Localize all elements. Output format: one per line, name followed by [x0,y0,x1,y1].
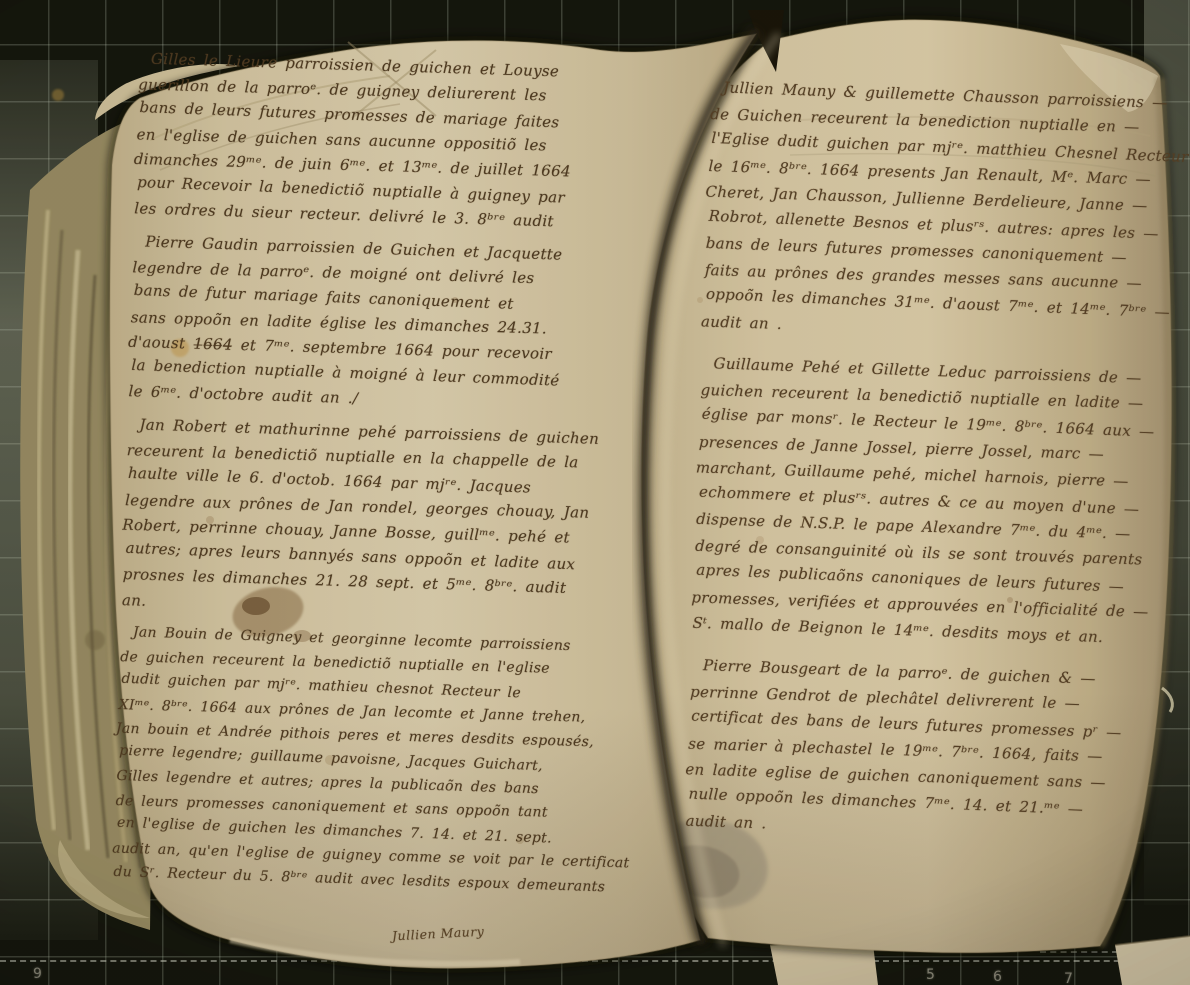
photo-scene: 9 4 5 6 7 [0,0,1190,985]
right-page-text: Jullien Mauny & guillemette Chausson par… [685,74,1182,866]
marriage-record-entry: Jan Bouin de Guigney et georginne lecomt… [113,620,626,900]
marriage-record-entry: Pierre Gaudin parroissien de Guichen et … [128,229,638,420]
marriage-record-entry: Jan Robert et mathurinne pehé parroissie… [122,412,633,628]
marriage-record-entry: Guillaume Pehé et Gillette Leduc parrois… [692,350,1172,652]
left-page-text: Gilles le Lieure parroissien de guichen … [113,46,644,907]
marriage-record-entry: Jullien Mauny & guillemette Chausson par… [703,74,1182,350]
marriage-record-entry: Gilles le Lieure parroissien de guichen … [134,46,644,237]
marriage-record-entry: Pierre Bousgeart de la parroᵉ. de guiche… [685,652,1161,850]
